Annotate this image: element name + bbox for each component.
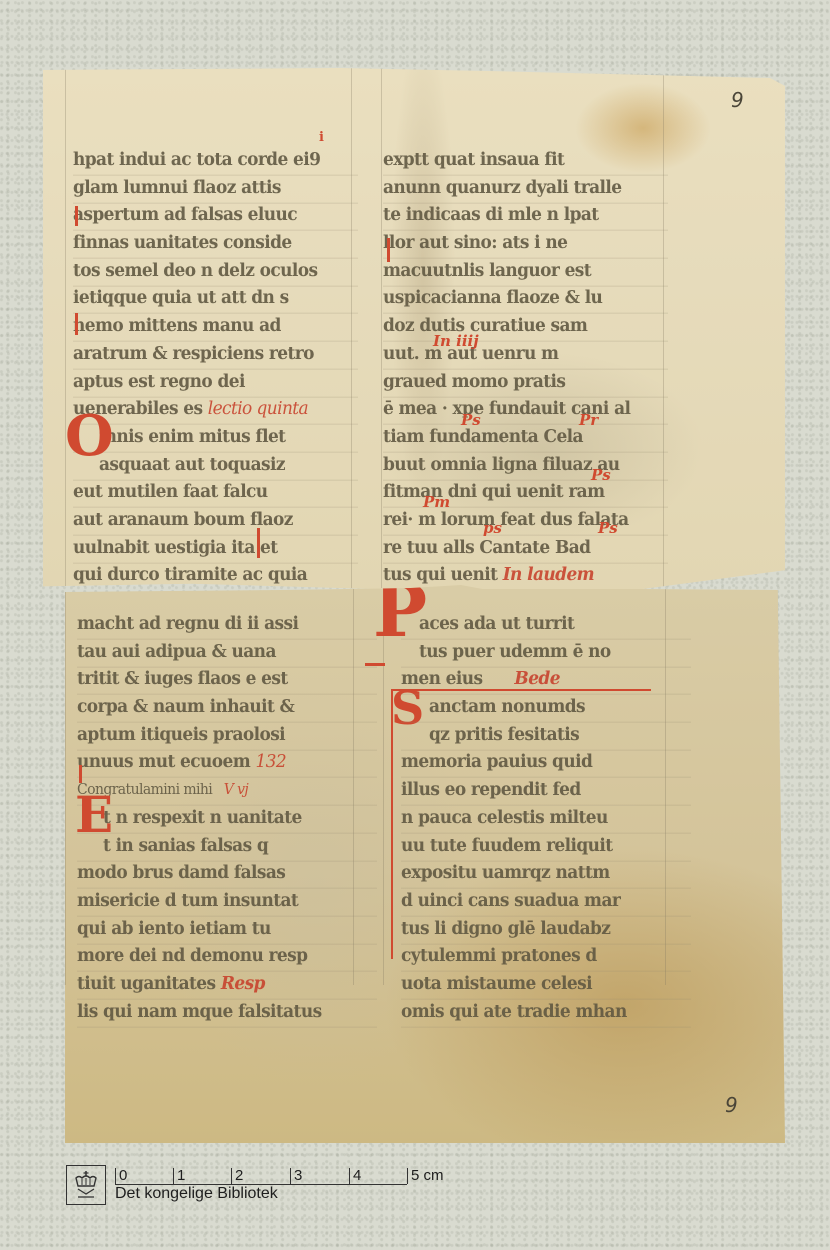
rubric-stroke [75, 313, 78, 335]
rubric-stroke [257, 528, 260, 558]
text-line: aces ada ut turrit [401, 610, 691, 639]
tick-label: 5 cm [411, 1167, 444, 1184]
text-line: tos semel deo n delz oculos [73, 257, 358, 286]
text-line: modo brus damd falsas [77, 859, 377, 888]
text-line: qz pritis fesitatis [401, 721, 691, 750]
text-line: ē mea · xpe fundauit cani al [383, 395, 668, 424]
folio-number: 9 [725, 1093, 738, 1117]
text-line: t in sanias falsas q [77, 832, 377, 861]
right-column-bottom: aces ada ut turrit tus puer udemm ē no m… [401, 611, 691, 1026]
rubric-flourish [365, 663, 385, 666]
rubric-stroke [75, 206, 78, 226]
ruler-tick [290, 1168, 291, 1184]
rubric-pr: Pr [579, 411, 598, 429]
rubric-lectio: lectio quinta [208, 399, 308, 420]
library-name: Det kongelige Bibliotek [115, 1185, 278, 1203]
rubric-ps: Ps [591, 466, 611, 484]
manuscript-fragment-top: 9 hpat indui ac tota corde ei9 glam lumn… [43, 68, 785, 608]
text-fragment: tus qui uenit [383, 565, 497, 586]
text-line: uenerabiles es lectio quinta [73, 395, 358, 424]
text-line: ietiqque quia ut att dn s [73, 285, 358, 314]
text-line: unuus mut ecuoem 132 [77, 749, 377, 778]
folio-number: 9 [731, 88, 744, 112]
tick-label: 1 [177, 1167, 185, 1184]
ruler-tick [115, 1168, 116, 1184]
text-line: buut omnia ligna filuaz au [383, 451, 668, 480]
text-line: qui ab iento ietiam tu [77, 915, 377, 944]
ruling-line [381, 68, 382, 588]
rubric-descender [391, 689, 393, 959]
ruler-tick [231, 1168, 232, 1184]
rubric-in-iiij: In iiij [433, 332, 479, 350]
rubric-stroke [79, 765, 82, 783]
text-line: aspertum ad falsas eluuc [73, 202, 358, 231]
text-line: qui durco tiramite ac quia [73, 562, 358, 591]
tick-label: 0 [119, 1167, 127, 1184]
text-line: aptus est regno dei [73, 368, 358, 397]
text-line: macht ad regnu di ii assi [77, 610, 377, 639]
ruler-tick [349, 1168, 350, 1184]
text-line: glam lumnui flaoz attis [73, 174, 358, 203]
text-line: more dei nd demonu resp [77, 943, 377, 972]
manuscript-fragment-bottom: 9 macht ad regnu di ii assi tau aui adip… [65, 585, 785, 1143]
text-line: uu tute fuudem reliquit [401, 832, 691, 861]
text-line: re tuu alls Cantate Bad [383, 534, 668, 563]
text-fragment: unuus mut ecuoem [77, 752, 250, 773]
text-line: eut mutilen faat falcu [73, 479, 358, 508]
rubric-stroke [387, 238, 390, 262]
text-line: uulnabit uestigia ita et [73, 534, 358, 563]
ruler-tick [407, 1168, 408, 1184]
rubric-number: 132 [255, 752, 286, 773]
text-line: illus eo rependit fed [401, 776, 691, 805]
text-line: tau aui adipua & uana [77, 638, 377, 667]
text-line: nemo mittens manu ad [73, 312, 358, 341]
text-line: memoria pauius quid [401, 749, 691, 778]
crown-logo-icon [66, 1165, 106, 1205]
text-line: doz dutis curatiue sam [383, 312, 668, 341]
text-line: tiam fundamenta Cela [383, 423, 668, 452]
scale-ruler: 0 1 2 3 4 5 cm [115, 1168, 407, 1185]
text-line: uut. m aut uenru m [383, 340, 668, 369]
text-line: tus puer udemm ē no [401, 638, 691, 667]
ruler-tick [173, 1168, 174, 1184]
tick-label: 3 [294, 1167, 302, 1184]
text-line: aptum itiqueis praolosi [77, 721, 377, 750]
text-line: exptt quat insaua fit [383, 146, 668, 175]
text-fragment: tiuit uganitates [77, 973, 216, 994]
text-line: lis qui nam mque falsitatus [77, 998, 377, 1027]
text-line: omis qui ate tradie mhan [401, 998, 691, 1027]
text-line: expositu uamrqz nattm [401, 859, 691, 888]
left-column-top: hpat indui ac tota corde ei9 glam lumnui… [73, 147, 358, 618]
text-line: uota mistaume celesi [401, 970, 691, 999]
text-line: cytulemmi pratones d [401, 943, 691, 972]
ruling-line [65, 68, 66, 588]
rubric-pm: Pm [423, 493, 450, 511]
text-line: n pauca celestis milteu [401, 804, 691, 833]
text-line: macuutnlis languor est [383, 257, 668, 286]
tick-label: 4 [353, 1167, 361, 1184]
text-line: d uinci cans suadua mar [401, 887, 691, 916]
text-line: aratrum & respiciens retro [73, 340, 358, 369]
text-line: anunn quanurz dyali tralle [383, 174, 668, 203]
rubric-resp: Resp [221, 973, 265, 994]
text-line: misericie d tum insuntat [77, 887, 377, 916]
text-line: t n respexit n uanitate [77, 804, 377, 833]
text-line: graued momo pratis [383, 368, 668, 397]
text-line: uspicacianna flaoze & lu [383, 285, 668, 314]
rubric-ps: Ps [461, 411, 481, 429]
text-line: men eius Bede [401, 666, 691, 695]
text-line: hpat indui ac tota corde ei9 [73, 146, 358, 175]
text-line: llor aut sino: ats i ne [383, 229, 668, 258]
rubric-mark: i [319, 130, 324, 145]
left-column-bottom: macht ad regnu di ii assi tau aui adipua… [77, 611, 377, 1026]
text-line: corpa & naum inhauit & [77, 693, 377, 722]
text-line: Congratulamini mihi V vj [77, 776, 377, 805]
text-line: te indicaas di mle n lpat [383, 202, 668, 231]
text-line: asquaat aut toquasiz [73, 451, 358, 480]
text-line: tus qui uenit In laudem [383, 562, 668, 591]
tick-label: 2 [235, 1167, 243, 1184]
ruling-line [65, 585, 66, 985]
rubric-in-laudem: In laudem [503, 565, 594, 586]
text-line: anctam nonumds [401, 693, 691, 722]
text-line: tus li digno glē laudabz [401, 915, 691, 944]
right-column-top: exptt quat insaua fit anunn quanurz dyal… [383, 147, 668, 618]
text-line: finnas uanitates conside [73, 229, 358, 258]
initial-letter-o: O [65, 408, 114, 464]
initial-letter-e: E [75, 790, 113, 840]
text-line: tritit & iuges flaos e est [77, 666, 377, 695]
rubric-ps: ps [483, 519, 502, 537]
text-fragment: men eius [401, 669, 483, 690]
rubric-vj: V vj [224, 782, 248, 799]
text-line: mnis enim mitus flet [73, 423, 358, 452]
text-line: aut aranaum boum flaoz [73, 506, 358, 535]
rubric-ps: Ps [598, 519, 618, 537]
text-line: tiuit uganitates Resp [77, 970, 377, 999]
rubric-bede: Bede [514, 669, 560, 690]
